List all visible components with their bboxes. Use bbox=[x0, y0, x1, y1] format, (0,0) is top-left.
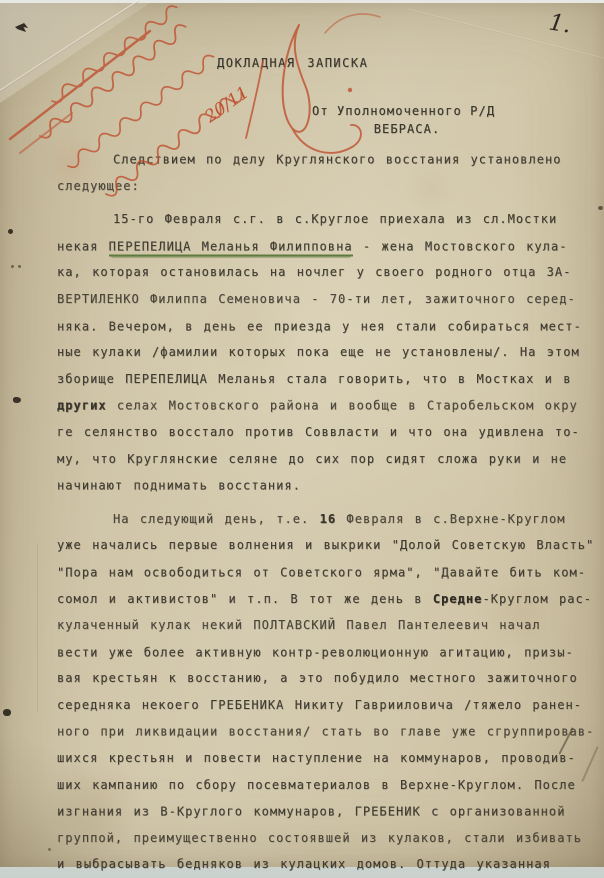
typed-text: середняка некоего ГРЕБЕНИКА Никиту Гаври… bbox=[57, 698, 582, 712]
typed-line: ка, которая остановилась на ночлег у сво… bbox=[57, 259, 584, 286]
typed-line: следующее: bbox=[57, 173, 584, 200]
typed-line: уже начались первые волнения и выкрики "… bbox=[57, 532, 584, 559]
typed-line: шихся крестьян и повести наступление на … bbox=[57, 745, 584, 772]
typed-text: На следующий день, т.е. bbox=[113, 512, 320, 526]
typed-text: вести уже более активную контр-революцио… bbox=[57, 645, 574, 659]
paper-crease bbox=[0, 0, 139, 97]
typed-text: ВЕРТИЛЕНКО Филиппа Семеновича - 70-ти ле… bbox=[57, 292, 576, 306]
typed-line: Следствием по делу Круглянского восстани… bbox=[57, 147, 584, 174]
typed-line: зборище ПЕРЕПЕЛИЦА Меланья стала говорит… bbox=[57, 366, 584, 393]
typed-line: других селах Мостовского района и вообще… bbox=[57, 393, 584, 420]
ink-blot bbox=[598, 206, 603, 210]
typed-text: ших кампанию по сбору посевматериалов в … bbox=[57, 778, 576, 792]
typed-text: Средне bbox=[433, 592, 483, 606]
sender-line: От Уполномоченного Р/Д bbox=[312, 102, 502, 120]
typed-text: "Пора нам освободиться от Советского ярм… bbox=[57, 565, 586, 579]
typed-text: некая bbox=[57, 239, 109, 253]
typed-text: уже начались первые волнения и выкрики "… bbox=[57, 538, 594, 552]
document-title: ДОКЛАДНАЯ ЗАПИСКА bbox=[217, 56, 368, 70]
ink-mark bbox=[15, 23, 28, 32]
document-body: Следствием по делу Круглянского восстани… bbox=[57, 146, 584, 878]
typed-line: няка. Вечером, в день ее приезда у нея с… bbox=[57, 313, 584, 340]
typed-line: 15-го Февраля с.г. в с.Круглое приехала … bbox=[57, 206, 584, 233]
typed-text: следующее: bbox=[57, 179, 140, 193]
typed-text: 15-го Февраля с.г. в с.Круглое приехала … bbox=[113, 212, 557, 226]
typed-text: шихся крестьян и повести наступление на … bbox=[57, 751, 576, 765]
page-number: 1. bbox=[547, 9, 573, 38]
typed-line: и выбрасывать бедняков из кулацких домов… bbox=[57, 851, 584, 878]
ink-dot bbox=[11, 265, 14, 268]
document-paper: 1. ДОКЛАДНАЯ ЗАПИСКА От Уполномоченного … bbox=[0, 3, 604, 867]
typed-line: некая ПЕРЕПЕЛИЦА Меланья Филипповна - же… bbox=[57, 233, 584, 260]
sender-block: От Уполномоченного Р/Д ВЕБРАСА. bbox=[312, 102, 502, 138]
typed-text: сомол и активистов" и т.п. В тот же день… bbox=[57, 592, 433, 606]
typed-line: сомол и активистов" и т.п. В тот же день… bbox=[57, 586, 584, 613]
typed-text: няка. Вечером, в день ее приезда у нея с… bbox=[57, 319, 582, 333]
typed-line: изгнания из В-Круглого коммунаров, ГРЕБЕ… bbox=[57, 799, 584, 826]
typed-text: 16 bbox=[320, 512, 337, 526]
typed-line: ВЕРТИЛЕНКО Филиппа Семеновича - 70-ти ле… bbox=[57, 286, 584, 313]
typed-text: Следствием по делу Круглянского восстани… bbox=[113, 153, 562, 167]
ink-blot bbox=[3, 709, 11, 716]
paper-fold-highlight bbox=[0, 3, 150, 103]
typed-text: других bbox=[57, 399, 107, 413]
typed-line: ного при ликвидации восстания/ стать во … bbox=[57, 719, 584, 746]
typed-text: ге селянство восстало против Соввласти и… bbox=[57, 425, 580, 439]
handwritten-date: 20/11 bbox=[201, 83, 253, 128]
typed-text: изгнания из В-Круглого коммунаров, ГРЕБЕ… bbox=[57, 805, 565, 819]
typed-line: ге селянство восстало против Соввласти и… bbox=[57, 419, 584, 446]
typed-line: начинают поднимать восстания. bbox=[57, 473, 584, 500]
typed-line: группой, преимущественно состоявшей из к… bbox=[57, 825, 584, 852]
paper-crease bbox=[37, 543, 38, 713]
typed-text: му, что Круглянские селяне до сих пор си… bbox=[57, 452, 567, 466]
typed-text: вая крестьян к восстанию, а это побудило… bbox=[57, 671, 578, 685]
ink-blot bbox=[13, 397, 21, 403]
typed-text: ные кулаки /фамилии которых пока еще не … bbox=[57, 345, 580, 359]
typed-text: селах Мостовского района и вообще в Стар… bbox=[107, 399, 578, 413]
ink-dot bbox=[18, 265, 21, 268]
typed-text: Февраля в с.Верхне-Круглом bbox=[336, 512, 565, 526]
typed-line: ших кампанию по сбору посевматериалов в … bbox=[57, 772, 584, 799]
typed-text: зборище ПЕРЕПЕЛИЦА Меланья стала говорит… bbox=[57, 372, 571, 386]
typed-line: вая крестьян к восстанию, а это побудило… bbox=[57, 665, 584, 692]
sender-name: ВЕБРАСА. bbox=[312, 120, 502, 138]
underlined-name: ПЕРЕПЕЛИЦА Меланья Филипповна bbox=[109, 239, 353, 256]
typed-text: кулаченный кулак некий ПОЛТАВСКИЙ Павел … bbox=[57, 618, 541, 632]
paper-crease bbox=[408, 9, 604, 62]
typed-text: -Круглом рас- bbox=[482, 592, 592, 606]
typed-text: начинают поднимать восстания. bbox=[57, 479, 301, 493]
typed-text: ного при ликвидации восстания/ стать во … bbox=[57, 725, 594, 739]
typed-line: середняка некоего ГРЕБЕНИКА Никиту Гаври… bbox=[57, 692, 584, 719]
typed-line: кулаченный кулак некий ПОЛТАВСКИЙ Павел … bbox=[57, 612, 584, 639]
typed-text: - жена Мостовского кула- bbox=[353, 239, 568, 253]
typed-text: ка, которая остановилась на ночлег у сво… bbox=[57, 265, 571, 279]
ink-dot bbox=[48, 848, 51, 851]
typed-text: группой, преимущественно состоявшей из к… bbox=[57, 831, 582, 845]
ink-blot bbox=[8, 229, 13, 234]
typed-text: и выбрасывать бедняков из кулацких домов… bbox=[57, 857, 551, 871]
typed-line: "Пора нам освободиться от Советского ярм… bbox=[57, 559, 584, 586]
typed-line: вести уже более активную контр-революцио… bbox=[57, 639, 584, 666]
typed-line: ные кулаки /фамилии которых пока еще не … bbox=[57, 339, 584, 366]
typed-line: На следующий день, т.е. 16 Февраля в с.В… bbox=[57, 506, 584, 533]
typed-line: му, что Круглянские селяне до сих пор си… bbox=[57, 446, 584, 473]
